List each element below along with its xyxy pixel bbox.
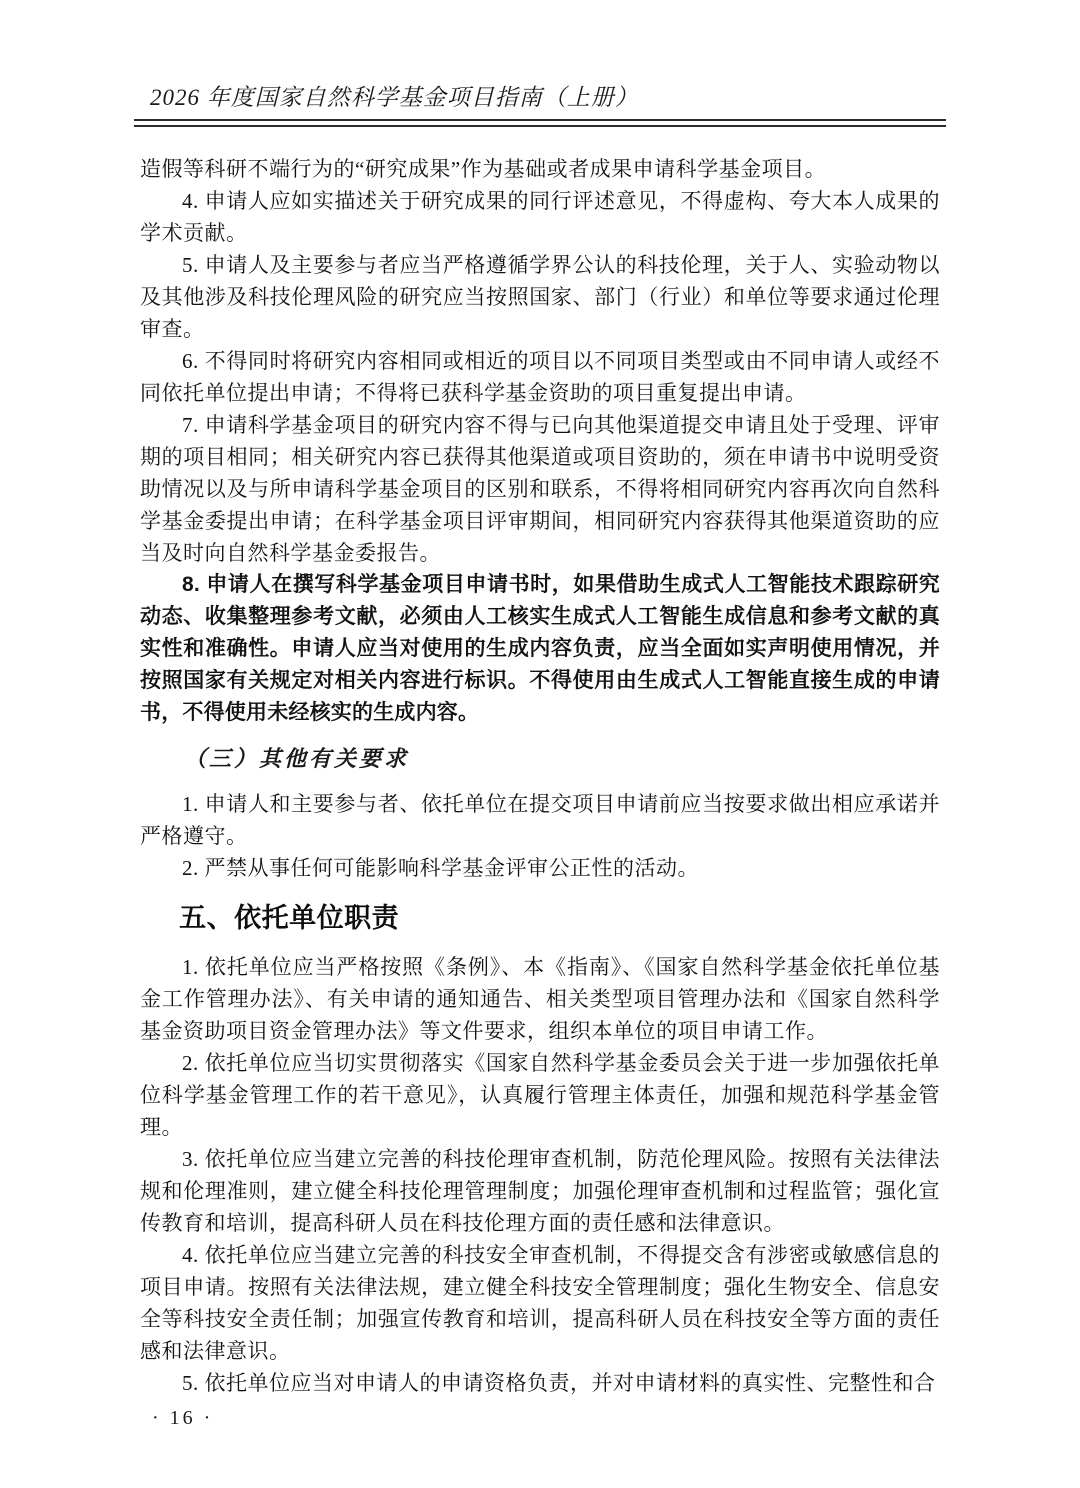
page-number: · 16 · [140, 1407, 940, 1430]
paragraph-item-8-bold: 8. 申请人在撰写科学基金项目申请书时，如果借助生成式人工智能技术跟踪研究动态、… [140, 569, 940, 729]
page-body: 造假等科研不端行为的“研究成果”作为基础或者成果申请科学基金项目。 4. 申请人… [140, 153, 940, 1399]
paragraph-continuation: 造假等科研不端行为的“研究成果”作为基础或者成果申请科学基金项目。 [140, 153, 940, 185]
paragraph-item-5: 5. 申请人及主要参与者应当严格遵循学界公认的科技伦理，关于人、实验动物以及其他… [140, 249, 940, 345]
paragraph-item-6: 6. 不得同时将研究内容相同或相近的项目以不同项目类型或由不同申请人或经不同依托… [140, 345, 940, 409]
document-page: 2026 年度国家自然科学基金项目指南（上册） 造假等科研不端行为的“研究成果”… [0, 0, 1080, 1488]
paragraph-duty-3: 3. 依托单位应当建立完善的科技伦理审查机制，防范伦理风险。按照有关法律法规和伦… [140, 1143, 940, 1239]
running-header-title: 2026 年度国家自然科学基金项目指南（上册） [140, 84, 940, 112]
paragraph-duty-5: 5. 依托单位应当对申请人的申请资格负责，并对申请材料的真实性、完整性和合 [140, 1367, 940, 1399]
paragraph-item-7: 7. 申请科学基金项目的研究内容不得与已向其他渠道提交申请且处于受理、评审期的项… [140, 409, 940, 569]
paragraph-other-1: 1. 申请人和主要参与者、依托单位在提交项目申请前应当按要求做出相应承诺并严格遵… [140, 788, 940, 852]
paragraph-item-4: 4. 申请人应如实描述关于研究成果的同行评述意见，不得虚构、夸大本人成果的学术贡… [140, 185, 940, 249]
header-double-rule [134, 119, 946, 127]
paragraph-duty-1: 1. 依托单位应当严格按照《条例》、本《指南》、《国家自然科学基金依托单位基金工… [140, 951, 940, 1047]
paragraph-duty-4: 4. 依托单位应当建立完善的科技安全审查机制，不得提交含有涉密或敏感信息的项目申… [140, 1239, 940, 1367]
paragraph-other-2: 2. 严禁从事任何可能影响科学基金评审公正性的活动。 [140, 852, 940, 884]
page-header: 2026 年度国家自然科学基金项目指南（上册） [140, 84, 940, 127]
paragraph-duty-2: 2. 依托单位应当切实贯彻落实《国家自然科学基金委员会关于进一步加强依托单位科学… [140, 1047, 940, 1143]
subsection-heading-other-requirements: （三）其他有关要求 [140, 744, 940, 774]
section-heading-supporting-institution-duties: 五、依托单位职责 [140, 901, 940, 935]
page-footer: · 16 · [140, 1407, 940, 1430]
